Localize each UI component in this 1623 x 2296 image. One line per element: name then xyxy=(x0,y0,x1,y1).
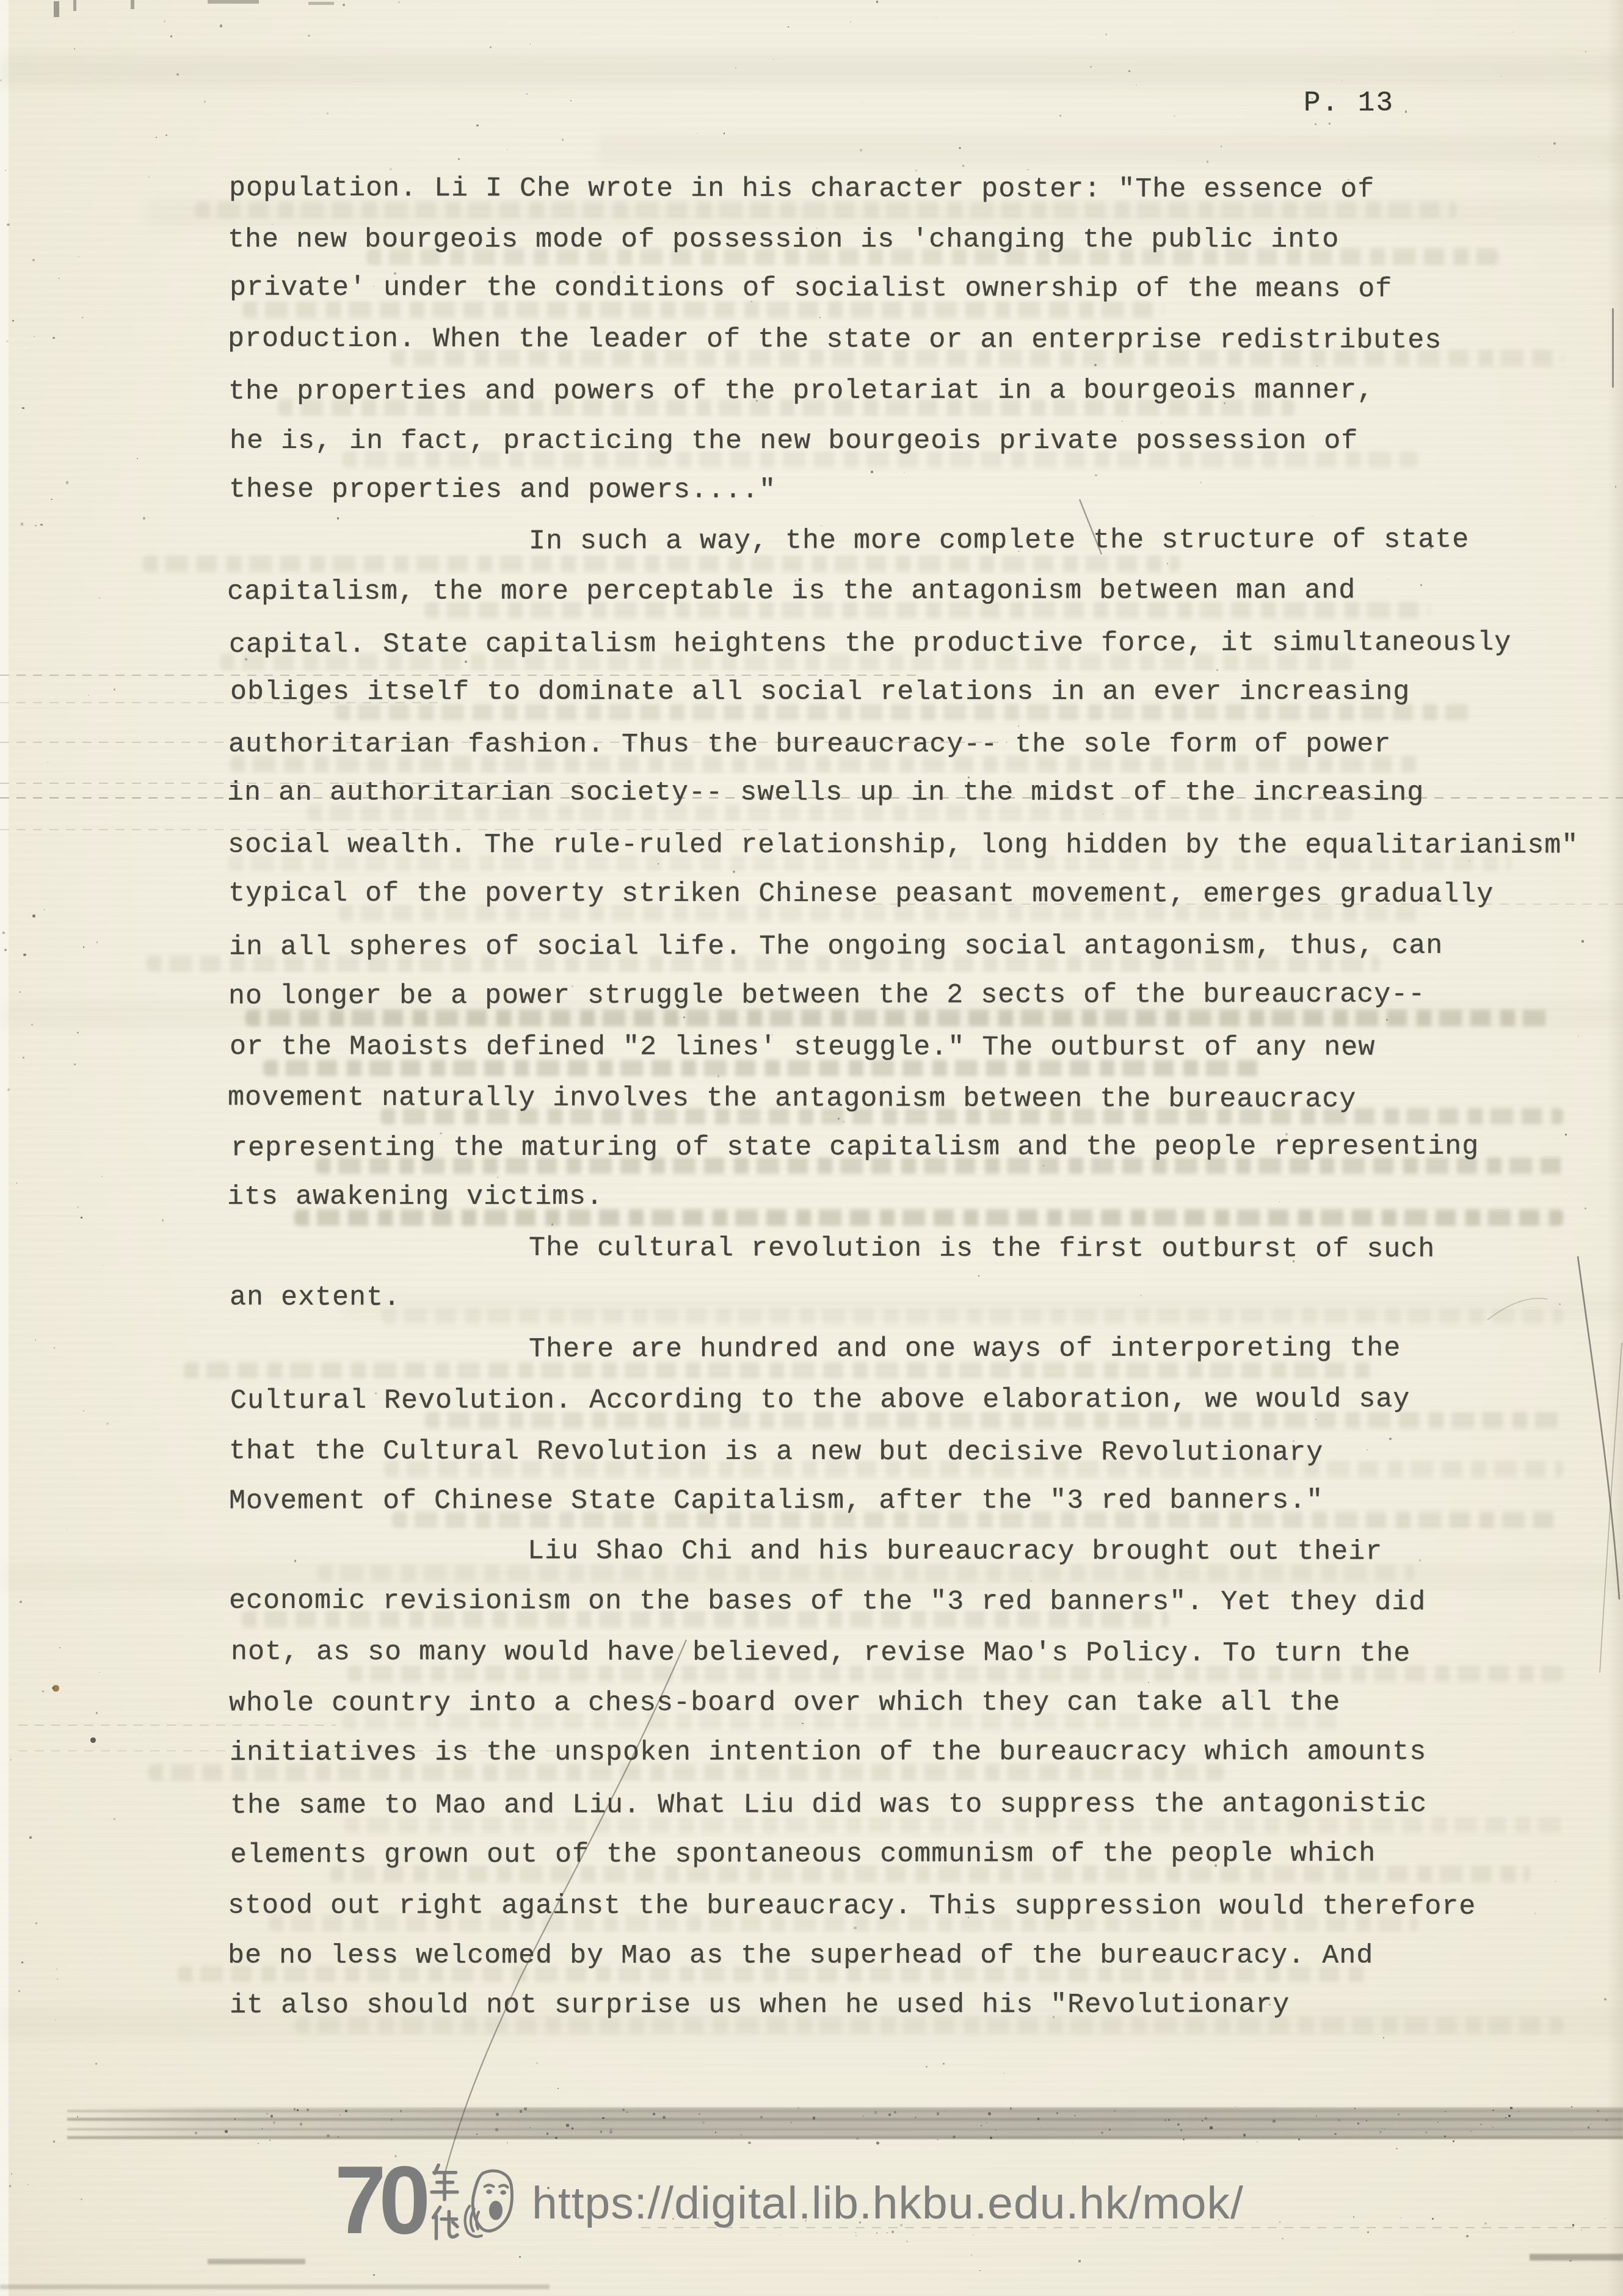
dust-speck xyxy=(458,158,460,160)
dust-speck xyxy=(1315,1419,1316,1419)
dust-speck xyxy=(82,317,83,318)
dust-speck xyxy=(23,1057,24,1058)
dust-speck xyxy=(114,1818,115,1820)
dust-speck xyxy=(53,2140,56,2143)
dust-speck xyxy=(1396,2148,1398,2149)
dust-speck xyxy=(1078,2260,1081,2262)
typed-line: an extent. xyxy=(230,1282,401,1313)
paper-discoloration-band xyxy=(342,1294,1623,1319)
dust-speck xyxy=(1095,474,1097,476)
dust-speck xyxy=(77,1206,79,1208)
dust-speck xyxy=(67,1529,67,1529)
dust-speck xyxy=(1257,2142,1257,2142)
typed-line: be no less welcomed by Mao as the superh… xyxy=(228,1940,1373,1972)
dust-speck xyxy=(83,1410,84,1411)
dust-speck xyxy=(507,2142,508,2143)
scan-left-edge xyxy=(0,0,9,2296)
dust-speck xyxy=(850,21,851,23)
typed-line: Movement of Chinese State Capitalism, af… xyxy=(229,1485,1323,1516)
dust-speck xyxy=(1027,169,1028,170)
dust-speck xyxy=(862,102,863,103)
dust-speck xyxy=(1581,940,1584,943)
stray-ink-dot xyxy=(90,1737,96,1743)
dust-speck xyxy=(1018,725,1020,727)
dust-speck xyxy=(81,2198,82,2200)
dust-speck xyxy=(1003,2073,1004,2074)
dust-speck xyxy=(1498,1505,1500,1507)
dust-speck xyxy=(943,2063,945,2065)
dust-speck xyxy=(176,73,179,76)
dust-speck xyxy=(16,1182,18,1184)
dust-speck xyxy=(59,1647,60,1648)
dust-speck xyxy=(971,2254,972,2256)
dust-speck xyxy=(164,20,166,23)
top-edge-mark xyxy=(54,1,59,17)
typed-line: in an authoritarian society-- swells up … xyxy=(227,777,1424,808)
dust-speck xyxy=(114,689,115,690)
dust-speck xyxy=(20,1601,22,1603)
dust-speck xyxy=(592,115,592,115)
dust-speck xyxy=(871,471,873,473)
dust-speck xyxy=(74,1063,76,1065)
typed-line: population. Li I Che wrote in his charac… xyxy=(229,172,1374,205)
dust-speck xyxy=(658,863,659,864)
dust-speck xyxy=(55,2019,56,2021)
dust-speck xyxy=(220,24,222,27)
top-edge-mark xyxy=(131,0,134,9)
dust-speck xyxy=(21,523,23,525)
typed-line: representing the maturing of state capit… xyxy=(231,1131,1479,1164)
dust-speck xyxy=(1090,66,1092,68)
crease-line xyxy=(0,675,916,676)
dust-speck xyxy=(103,1265,103,1266)
bottom-streak xyxy=(208,2259,305,2264)
dust-speck xyxy=(96,1712,98,1714)
dust-speck xyxy=(1572,2224,1574,2226)
dust-speck xyxy=(31,1024,33,1026)
dust-speck xyxy=(9,2185,11,2187)
typed-line: Cultural Revolution. According to the ab… xyxy=(230,1384,1410,1417)
top-edge-mark xyxy=(308,2,334,5)
dust-speck xyxy=(66,481,68,483)
typed-line: whole country into a chess-board over wh… xyxy=(229,1687,1340,1718)
dust-speck xyxy=(269,2140,270,2141)
dust-speck xyxy=(52,1687,54,1689)
bleed-through-line xyxy=(245,1010,1553,1026)
dust-speck xyxy=(1383,2037,1384,2038)
dust-speck xyxy=(1585,1208,1586,1209)
page-number: P. 13 xyxy=(1304,87,1394,119)
dust-speck xyxy=(1279,1201,1280,1202)
dust-speck xyxy=(1484,2222,1487,2225)
dust-speck xyxy=(1420,584,1422,586)
dust-speck xyxy=(1419,1559,1421,1561)
dust-speck xyxy=(1581,2229,1583,2231)
typed-line: private' under the conditions of sociali… xyxy=(230,272,1392,305)
dust-speck xyxy=(23,954,26,956)
seventies-logo-chinese-text xyxy=(429,2164,460,2242)
typed-line: he is, in fact, practicing the new bourg… xyxy=(230,425,1358,457)
dust-speck xyxy=(717,1075,719,1077)
scan-right-edge xyxy=(1607,0,1623,2296)
dust-speck xyxy=(42,1690,44,1692)
dust-speck xyxy=(18,1990,20,1991)
dust-speck xyxy=(1167,563,1168,564)
paper-discoloration-band xyxy=(0,54,1623,87)
dust-speck xyxy=(162,1219,164,1221)
dust-speck xyxy=(1216,669,1218,671)
dust-speck xyxy=(683,1016,685,1018)
crease-line xyxy=(18,1725,336,1726)
top-edge-mark xyxy=(73,0,76,11)
dust-speck xyxy=(935,18,937,19)
dust-speck xyxy=(35,525,36,526)
bleed-through-line xyxy=(382,1308,1563,1325)
dust-speck xyxy=(30,349,31,350)
typed-line: initiatives is the unspoken intention of… xyxy=(230,1736,1426,1768)
dust-speck xyxy=(1367,2231,1369,2233)
dust-speck xyxy=(904,472,904,473)
dust-speck xyxy=(978,1275,979,1277)
paper-discoloration-band xyxy=(598,136,1623,165)
bottom-smudge-band xyxy=(67,2107,1623,2139)
dust-speck xyxy=(34,336,35,338)
typed-line: in all spheres of social life. The ongoi… xyxy=(229,930,1443,963)
dust-speck xyxy=(1555,1881,1556,1881)
dust-speck xyxy=(1454,1772,1455,1772)
typed-line: authoritarian fashion. Thus the bureaucr… xyxy=(228,729,1391,760)
dust-speck xyxy=(22,407,24,409)
dust-speck xyxy=(1105,34,1107,35)
dust-speck xyxy=(876,2142,879,2145)
dust-speck xyxy=(54,1347,55,1349)
dust-speck xyxy=(959,147,961,150)
dust-speck xyxy=(1072,2143,1073,2143)
typed-line: In such a way, the more complete the str… xyxy=(529,524,1469,557)
dust-speck xyxy=(170,35,172,37)
dust-speck xyxy=(337,517,339,520)
dust-speck xyxy=(1030,1580,1033,1582)
dust-speck xyxy=(88,695,89,696)
dust-speck xyxy=(937,2139,939,2141)
dust-speck xyxy=(465,661,467,663)
dust-speck xyxy=(308,35,310,37)
dust-speck xyxy=(1401,2217,1401,2218)
dust-speck xyxy=(78,256,79,258)
typed-line: There are hundred and one ways of interp… xyxy=(529,1333,1401,1365)
dust-speck xyxy=(57,1979,58,1980)
dust-speck xyxy=(398,1,400,3)
dust-speck xyxy=(819,317,820,317)
typed-line: that the Cultural Revolution is a new bu… xyxy=(229,1436,1323,1469)
dust-speck xyxy=(1534,1913,1536,1914)
dust-speck xyxy=(1389,1438,1392,1440)
dust-speck xyxy=(95,2063,97,2065)
dust-speck xyxy=(165,134,167,136)
dust-speck xyxy=(373,2274,375,2276)
typed-line: the new bourgeois mode of possession is … xyxy=(228,223,1339,255)
dust-speck xyxy=(99,598,100,599)
dust-speck xyxy=(476,125,478,126)
dust-speck xyxy=(1538,156,1539,158)
dust-speck xyxy=(788,26,789,27)
dust-speck xyxy=(724,132,725,134)
dust-speck xyxy=(35,1922,37,1924)
dust-speck xyxy=(735,67,737,69)
typed-line: not, as so many would have believed, rev… xyxy=(231,1637,1411,1670)
dust-speck xyxy=(1148,1682,1149,1683)
dust-speck xyxy=(56,1969,57,1969)
dust-speck xyxy=(1279,2222,1280,2223)
dust-speck xyxy=(99,1672,100,1673)
dust-speck xyxy=(507,150,507,150)
dust-speck xyxy=(1512,32,1513,32)
dust-speck xyxy=(27,2184,28,2185)
dust-speck xyxy=(551,1223,554,1226)
dust-speck xyxy=(251,111,252,112)
dust-speck xyxy=(20,991,21,993)
dust-speck xyxy=(1585,51,1586,52)
bleed-through-line xyxy=(143,556,1180,572)
dust-speck xyxy=(280,1365,281,1366)
dust-speck xyxy=(40,524,42,526)
dust-speck xyxy=(1282,2238,1284,2240)
dust-speck xyxy=(697,133,697,134)
dust-speck xyxy=(876,1,879,3)
dust-speck xyxy=(258,2143,259,2144)
dust-speck xyxy=(854,1927,856,1929)
dust-speck xyxy=(1578,1035,1579,1037)
dust-speck xyxy=(1559,1303,1561,1305)
typed-line: stood out right against the bureaucracy.… xyxy=(228,1890,1476,1922)
typed-line: it also should not surprise us when he u… xyxy=(230,1989,1290,2021)
typed-line: the same to Mao and Liu. What Liu did wa… xyxy=(230,1788,1427,1821)
dust-speck xyxy=(1136,84,1137,85)
typed-line: these properties and powers...." xyxy=(229,474,776,505)
dust-speck xyxy=(497,1176,498,1178)
typed-line: or the Maoists defined "2 lines' steuggl… xyxy=(230,1031,1375,1063)
dust-speck xyxy=(1312,515,1313,516)
dust-speck xyxy=(1388,579,1389,579)
dust-speck xyxy=(773,59,774,59)
dust-speck xyxy=(327,112,329,114)
brown-fleck xyxy=(53,1685,59,1692)
typed-line: the properties and powers of the proleta… xyxy=(228,375,1374,407)
paper-discoloration-band xyxy=(147,201,1623,226)
dust-speck xyxy=(1349,147,1350,147)
dust-speck xyxy=(1059,115,1061,117)
dust-speck xyxy=(1200,482,1202,483)
dust-speck xyxy=(1565,1134,1567,1136)
dust-speck xyxy=(10,1759,12,1761)
dust-speck xyxy=(526,93,528,95)
dust-speck xyxy=(979,2270,981,2272)
dust-speck xyxy=(843,1121,844,1123)
dust-speck xyxy=(1367,1449,1368,1450)
dust-speck xyxy=(106,1422,109,1425)
dust-speck xyxy=(458,2142,459,2143)
typed-line: no longer be a power struggle between th… xyxy=(228,979,1425,1012)
dust-speck xyxy=(390,168,392,170)
dust-speck xyxy=(802,1723,804,1725)
typed-line: capital. State capitalism heightens the … xyxy=(229,627,1511,660)
dust-speck xyxy=(1315,123,1316,125)
dust-speck xyxy=(1569,2260,1571,2262)
dust-speck xyxy=(536,2062,538,2064)
dust-speck xyxy=(143,517,145,520)
dust-speck xyxy=(926,2066,928,2068)
dust-speck xyxy=(1221,146,1222,147)
dust-speck xyxy=(1353,2216,1354,2217)
dust-speck xyxy=(1466,2235,1469,2237)
dust-speck xyxy=(59,278,60,279)
dust-speck xyxy=(35,1339,36,1341)
typed-line: production. When the leader of the state… xyxy=(228,324,1442,357)
typed-line: social wealth. The rule-ruled relationsh… xyxy=(228,829,1578,861)
dust-speck xyxy=(490,46,492,48)
dust-speck xyxy=(1122,421,1123,422)
dust-speck xyxy=(1501,76,1501,76)
dust-speck xyxy=(148,176,150,178)
dust-speck xyxy=(1604,1998,1607,2001)
dust-speck xyxy=(48,762,48,762)
typed-line: elements grown out of the spontaneous co… xyxy=(230,1838,1376,1870)
dust-speck xyxy=(1491,267,1492,268)
top-edge-mark xyxy=(208,0,259,4)
dust-speck xyxy=(53,337,55,339)
typed-line: Liu Shao Chi and his bureaucracy brought… xyxy=(528,1536,1382,1568)
dust-speck xyxy=(1161,422,1162,424)
bottom-streak xyxy=(0,2284,550,2289)
dust-speck xyxy=(96,941,98,943)
dust-speck xyxy=(530,43,531,44)
watermark-url: https://digital.lib.hkbu.edu.hk/mok/ xyxy=(532,2172,1244,2242)
dust-speck xyxy=(1405,110,1407,112)
typed-line: obliges itself to dominate all social re… xyxy=(230,676,1410,708)
dust-speck xyxy=(12,320,14,322)
dust-speck xyxy=(915,170,917,172)
typed-line: movement naturally involves the antagoni… xyxy=(227,1082,1356,1115)
dust-speck xyxy=(294,1560,296,1562)
typed-line: capitalism, the more perceptable is the … xyxy=(227,575,1356,607)
typed-line: its awakening victims. xyxy=(227,1181,603,1212)
dust-speck xyxy=(1329,123,1331,125)
dust-speck xyxy=(1604,2218,1605,2219)
dust-speck xyxy=(51,499,52,500)
dust-speck xyxy=(11,2173,12,2174)
watermark-footer: 70 https://digital.lib xyxy=(335,2149,1244,2242)
dust-speck xyxy=(733,871,735,873)
dust-speck xyxy=(77,1032,79,1034)
dust-speck xyxy=(1094,364,1097,366)
dust-speck xyxy=(101,1176,102,1177)
dust-speck xyxy=(1342,80,1342,81)
dust-speck xyxy=(748,2142,751,2145)
dust-speck xyxy=(32,259,35,261)
dust-speck xyxy=(137,458,138,459)
dust-speck xyxy=(74,48,75,49)
dust-speck xyxy=(1128,70,1130,72)
dust-speck xyxy=(562,139,564,141)
dust-speck xyxy=(1453,2140,1454,2142)
dust-speck xyxy=(838,1118,840,1120)
dust-speck xyxy=(204,101,206,103)
dust-speck xyxy=(519,2256,521,2258)
typed-line: typical of the poverty striken Chinese p… xyxy=(228,878,1494,910)
dust-speck xyxy=(962,165,964,167)
typed-line: The cultural revolution is the first out… xyxy=(529,1233,1435,1265)
dust-speck xyxy=(83,946,85,948)
scanned-page: P. 13 population. Li I Che wrote in his … xyxy=(0,0,1623,2296)
screaming-face-icon xyxy=(462,2167,516,2242)
typed-line: economic revisionism on the bases of the… xyxy=(229,1585,1426,1617)
dust-speck xyxy=(1432,2218,1433,2219)
dust-speck xyxy=(343,4,345,6)
dust-speck xyxy=(1141,1295,1141,1295)
dust-speck xyxy=(1043,1165,1044,1167)
dust-speck xyxy=(570,100,572,101)
dust-speck xyxy=(1207,161,1209,163)
dust-speck xyxy=(1316,366,1317,366)
dust-speck xyxy=(557,2088,559,2090)
dust-speck xyxy=(29,1836,32,1839)
dust-speck xyxy=(1174,115,1175,117)
dust-speck xyxy=(21,1961,23,1963)
dust-speck xyxy=(1103,814,1104,815)
dust-speck xyxy=(1553,142,1556,145)
dust-speck xyxy=(44,909,45,910)
dust-speck xyxy=(1386,1019,1388,1021)
seventies-logo-number: 70 xyxy=(335,2157,423,2243)
dust-speck xyxy=(860,149,862,151)
dust-speck xyxy=(32,914,35,917)
dust-speck xyxy=(81,1217,82,1219)
dust-speck xyxy=(156,137,157,138)
